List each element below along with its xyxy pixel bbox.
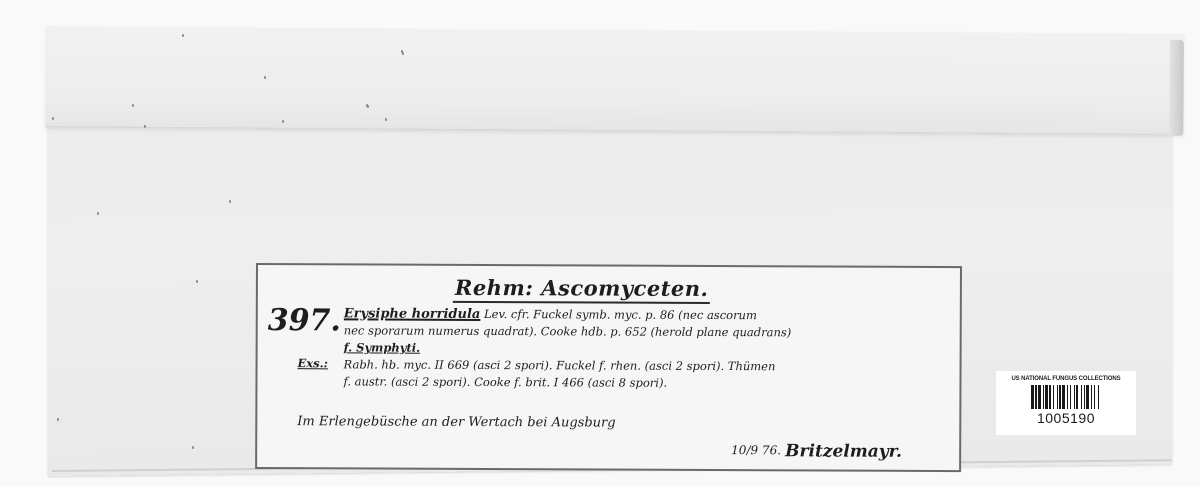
paper-speck	[132, 104, 134, 107]
citation-text: Lev. cfr. Fuckel symb. myc. p. 86 (nec a…	[484, 307, 757, 322]
paper-speck	[282, 120, 284, 123]
exsiccata-number: 397.	[268, 305, 341, 337]
description-line-2: nec sporarum numerus quadrat). Cooke hdb…	[344, 322, 956, 342]
locality-text: Im Erlengebüsche an der Wertach bei Augs…	[297, 413, 615, 432]
paper-speck	[402, 52, 404, 55]
exsiccatae-line-2: f. austr. (asci 2 spori). Cooke f. brit.…	[343, 373, 955, 393]
taxon-name: Erysiphe horridula	[344, 306, 481, 322]
barcode-number: 1005190	[1004, 410, 1128, 426]
paper-speck	[52, 117, 54, 120]
packet-flap	[45, 26, 1184, 135]
paper-speck	[385, 118, 387, 121]
paper-speck	[196, 280, 198, 283]
flap-fold-edge	[1169, 40, 1184, 136]
collector-name: Britzelmayr.	[785, 441, 902, 462]
specimen-scan: Rehm: Ascomyceten. 397. Erysiphe horridu…	[0, 0, 1200, 486]
paper-speck	[367, 105, 369, 108]
barcode-bar	[1099, 385, 1101, 409]
label-heading: Rehm: Ascomyceten.	[453, 276, 711, 304]
paper-speck	[97, 212, 99, 215]
paper-speck	[192, 446, 194, 449]
barcode-sticker: US NATIONAL FUNGUS COLLECTIONS 1005190	[996, 371, 1136, 435]
exsiccatae-label: Exs.:	[298, 356, 328, 370]
collection-date: 10/9 76.	[731, 443, 781, 457]
paper-speck	[264, 76, 266, 79]
paper-speck	[229, 200, 231, 203]
paper-speck	[144, 125, 146, 128]
paper-speck	[57, 418, 59, 421]
paper-speck	[182, 34, 184, 37]
barcode-institution: US NATIONAL FUNGUS COLLECTIONS	[1004, 375, 1128, 383]
specimen-label: Rehm: Ascomyceten. 397. Erysiphe horridu…	[255, 263, 962, 472]
label-description: Erysiphe horridula Lev. cfr. Fuckel symb…	[343, 305, 955, 393]
forma-name: f. Symphyti.	[344, 340, 421, 354]
barcode-icon	[1004, 385, 1128, 409]
